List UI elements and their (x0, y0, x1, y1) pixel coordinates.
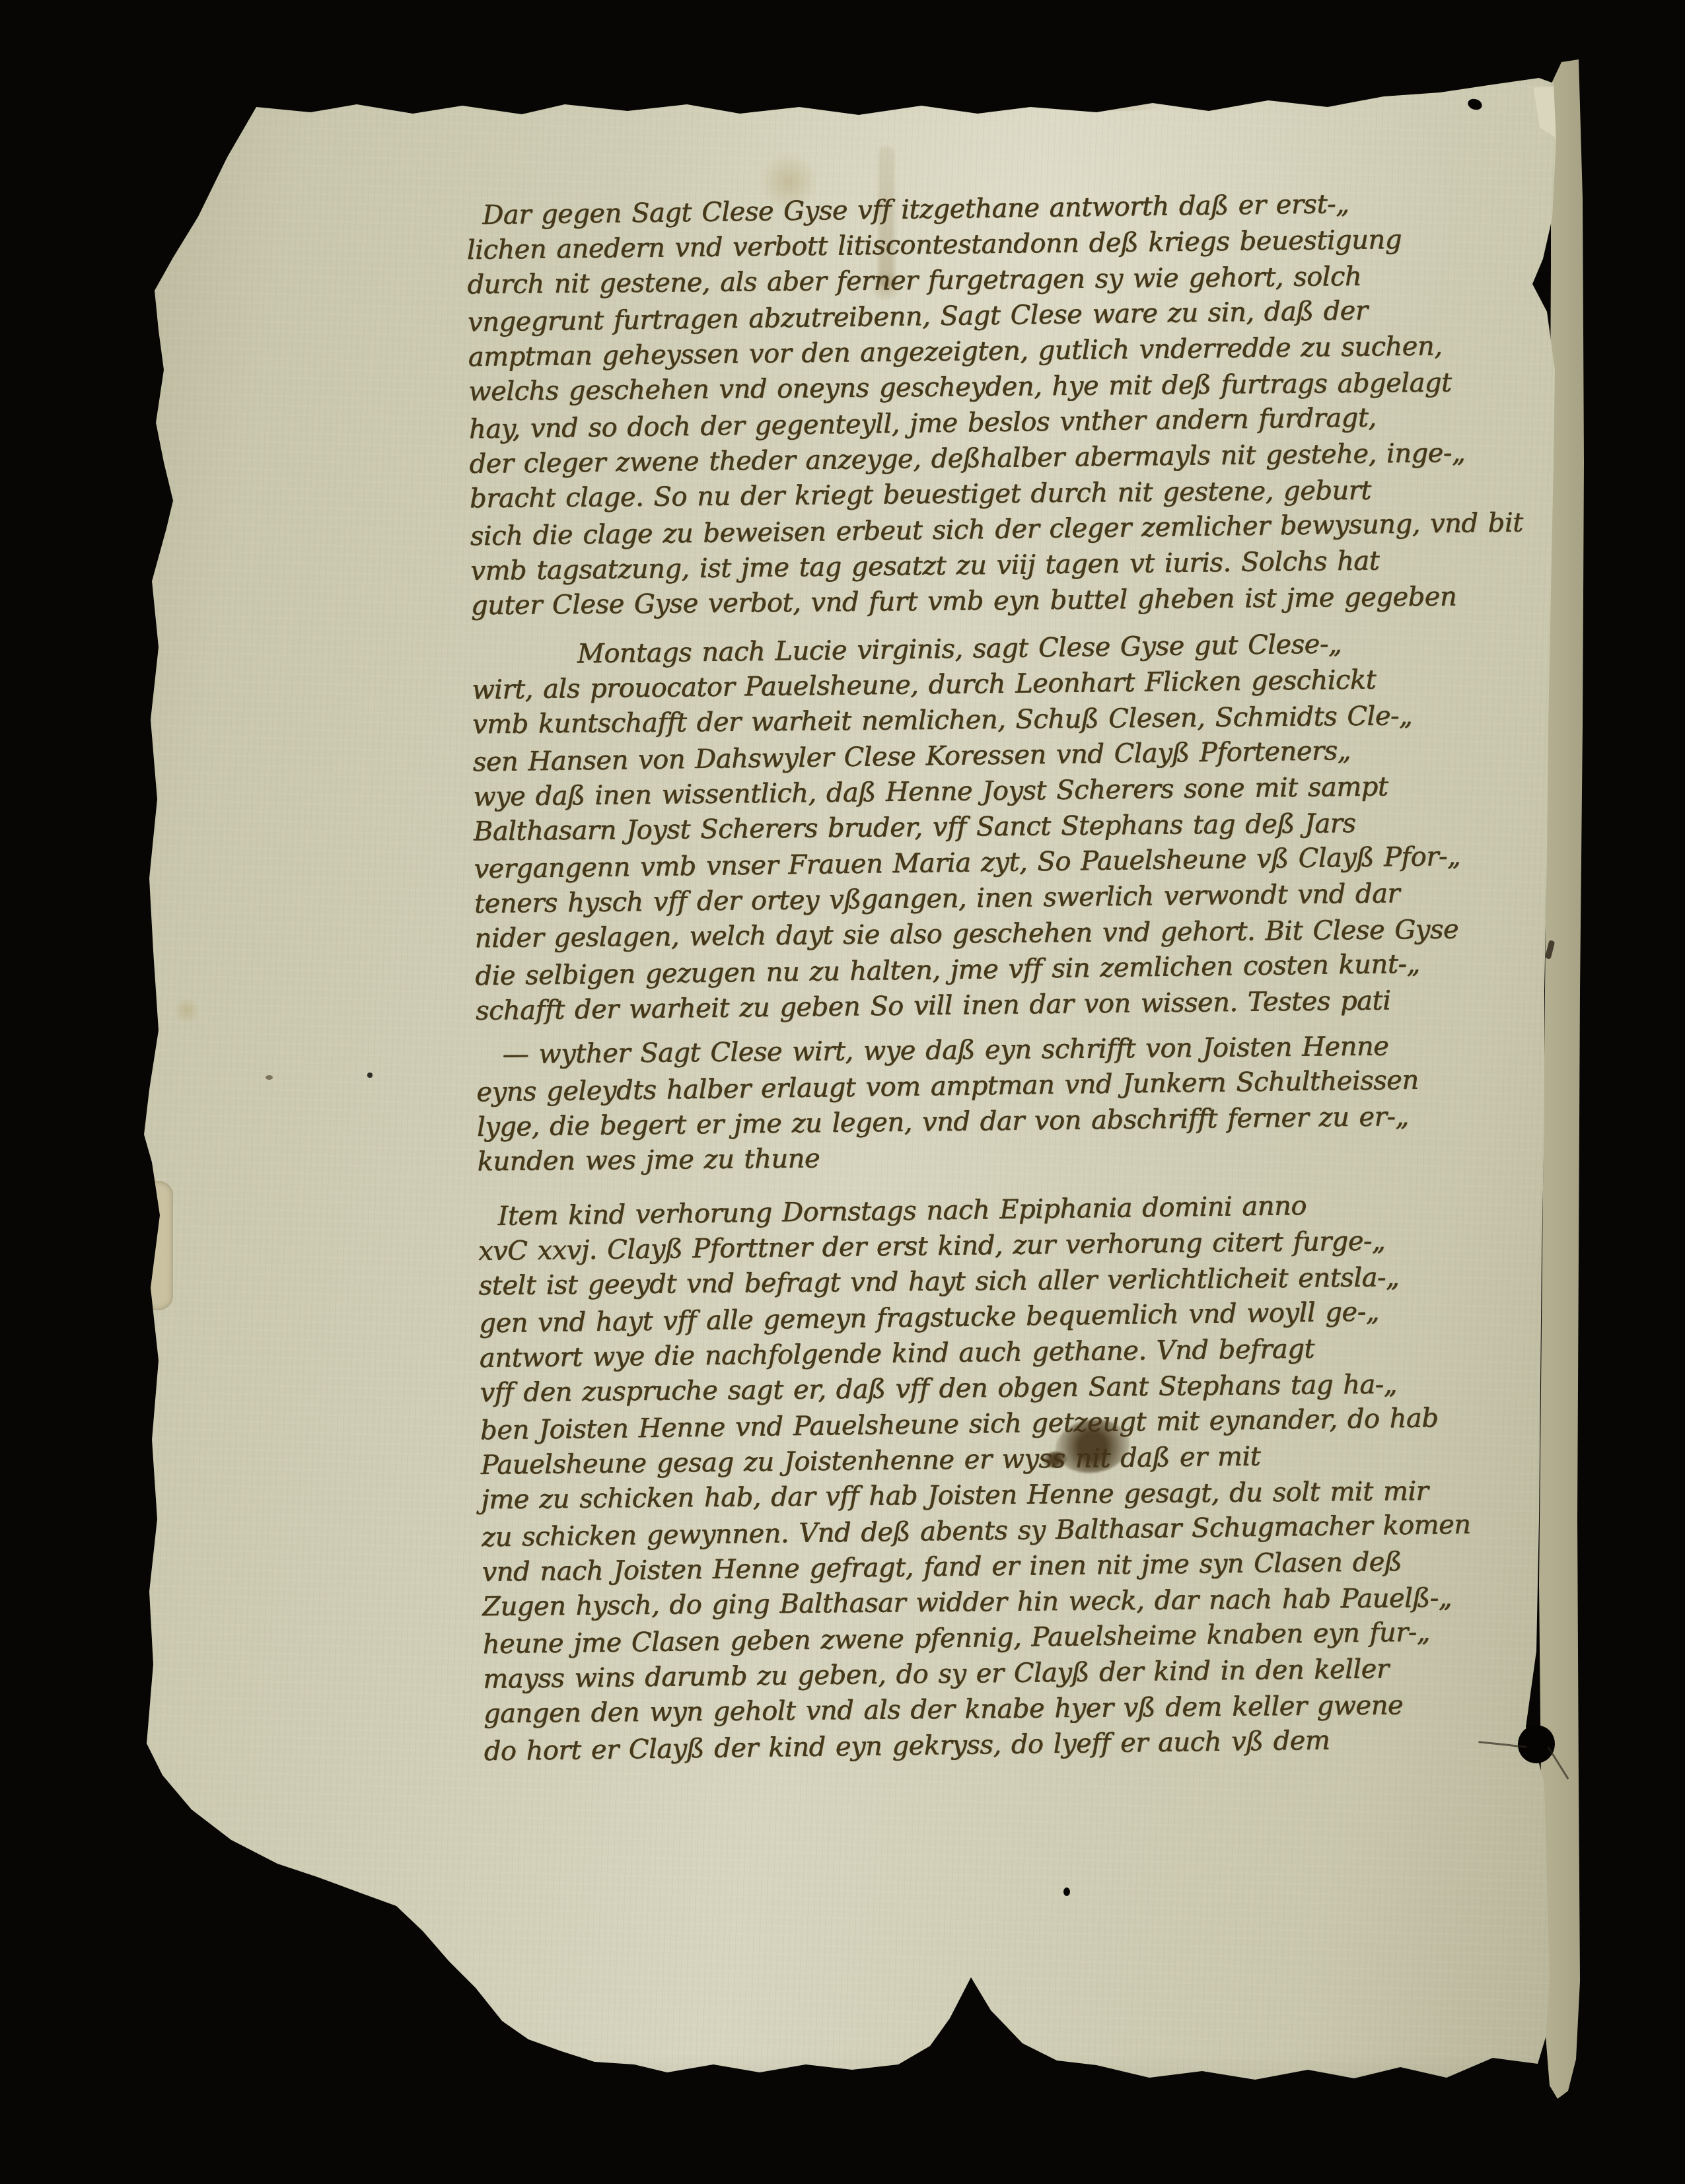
wormhole (266, 1075, 273, 1080)
edge-repair-patch (139, 1181, 173, 1310)
stain-top-edge (1069, 58, 1181, 111)
stain-bottom (291, 1960, 383, 2029)
manuscript-page: Dar gegen Sagt Clese Gyse vff itzgethane… (0, 0, 1685, 2184)
handwritten-text-block: Dar gegen Sagt Clese Gyse vff itzgethane… (466, 185, 1531, 1769)
wormhole (1063, 1887, 1070, 1896)
photo-stage: Dar gegen Sagt Clese Gyse vff itzgethane… (0, 0, 1685, 2184)
stain-left (173, 999, 201, 1022)
wormhole (367, 1073, 373, 1078)
